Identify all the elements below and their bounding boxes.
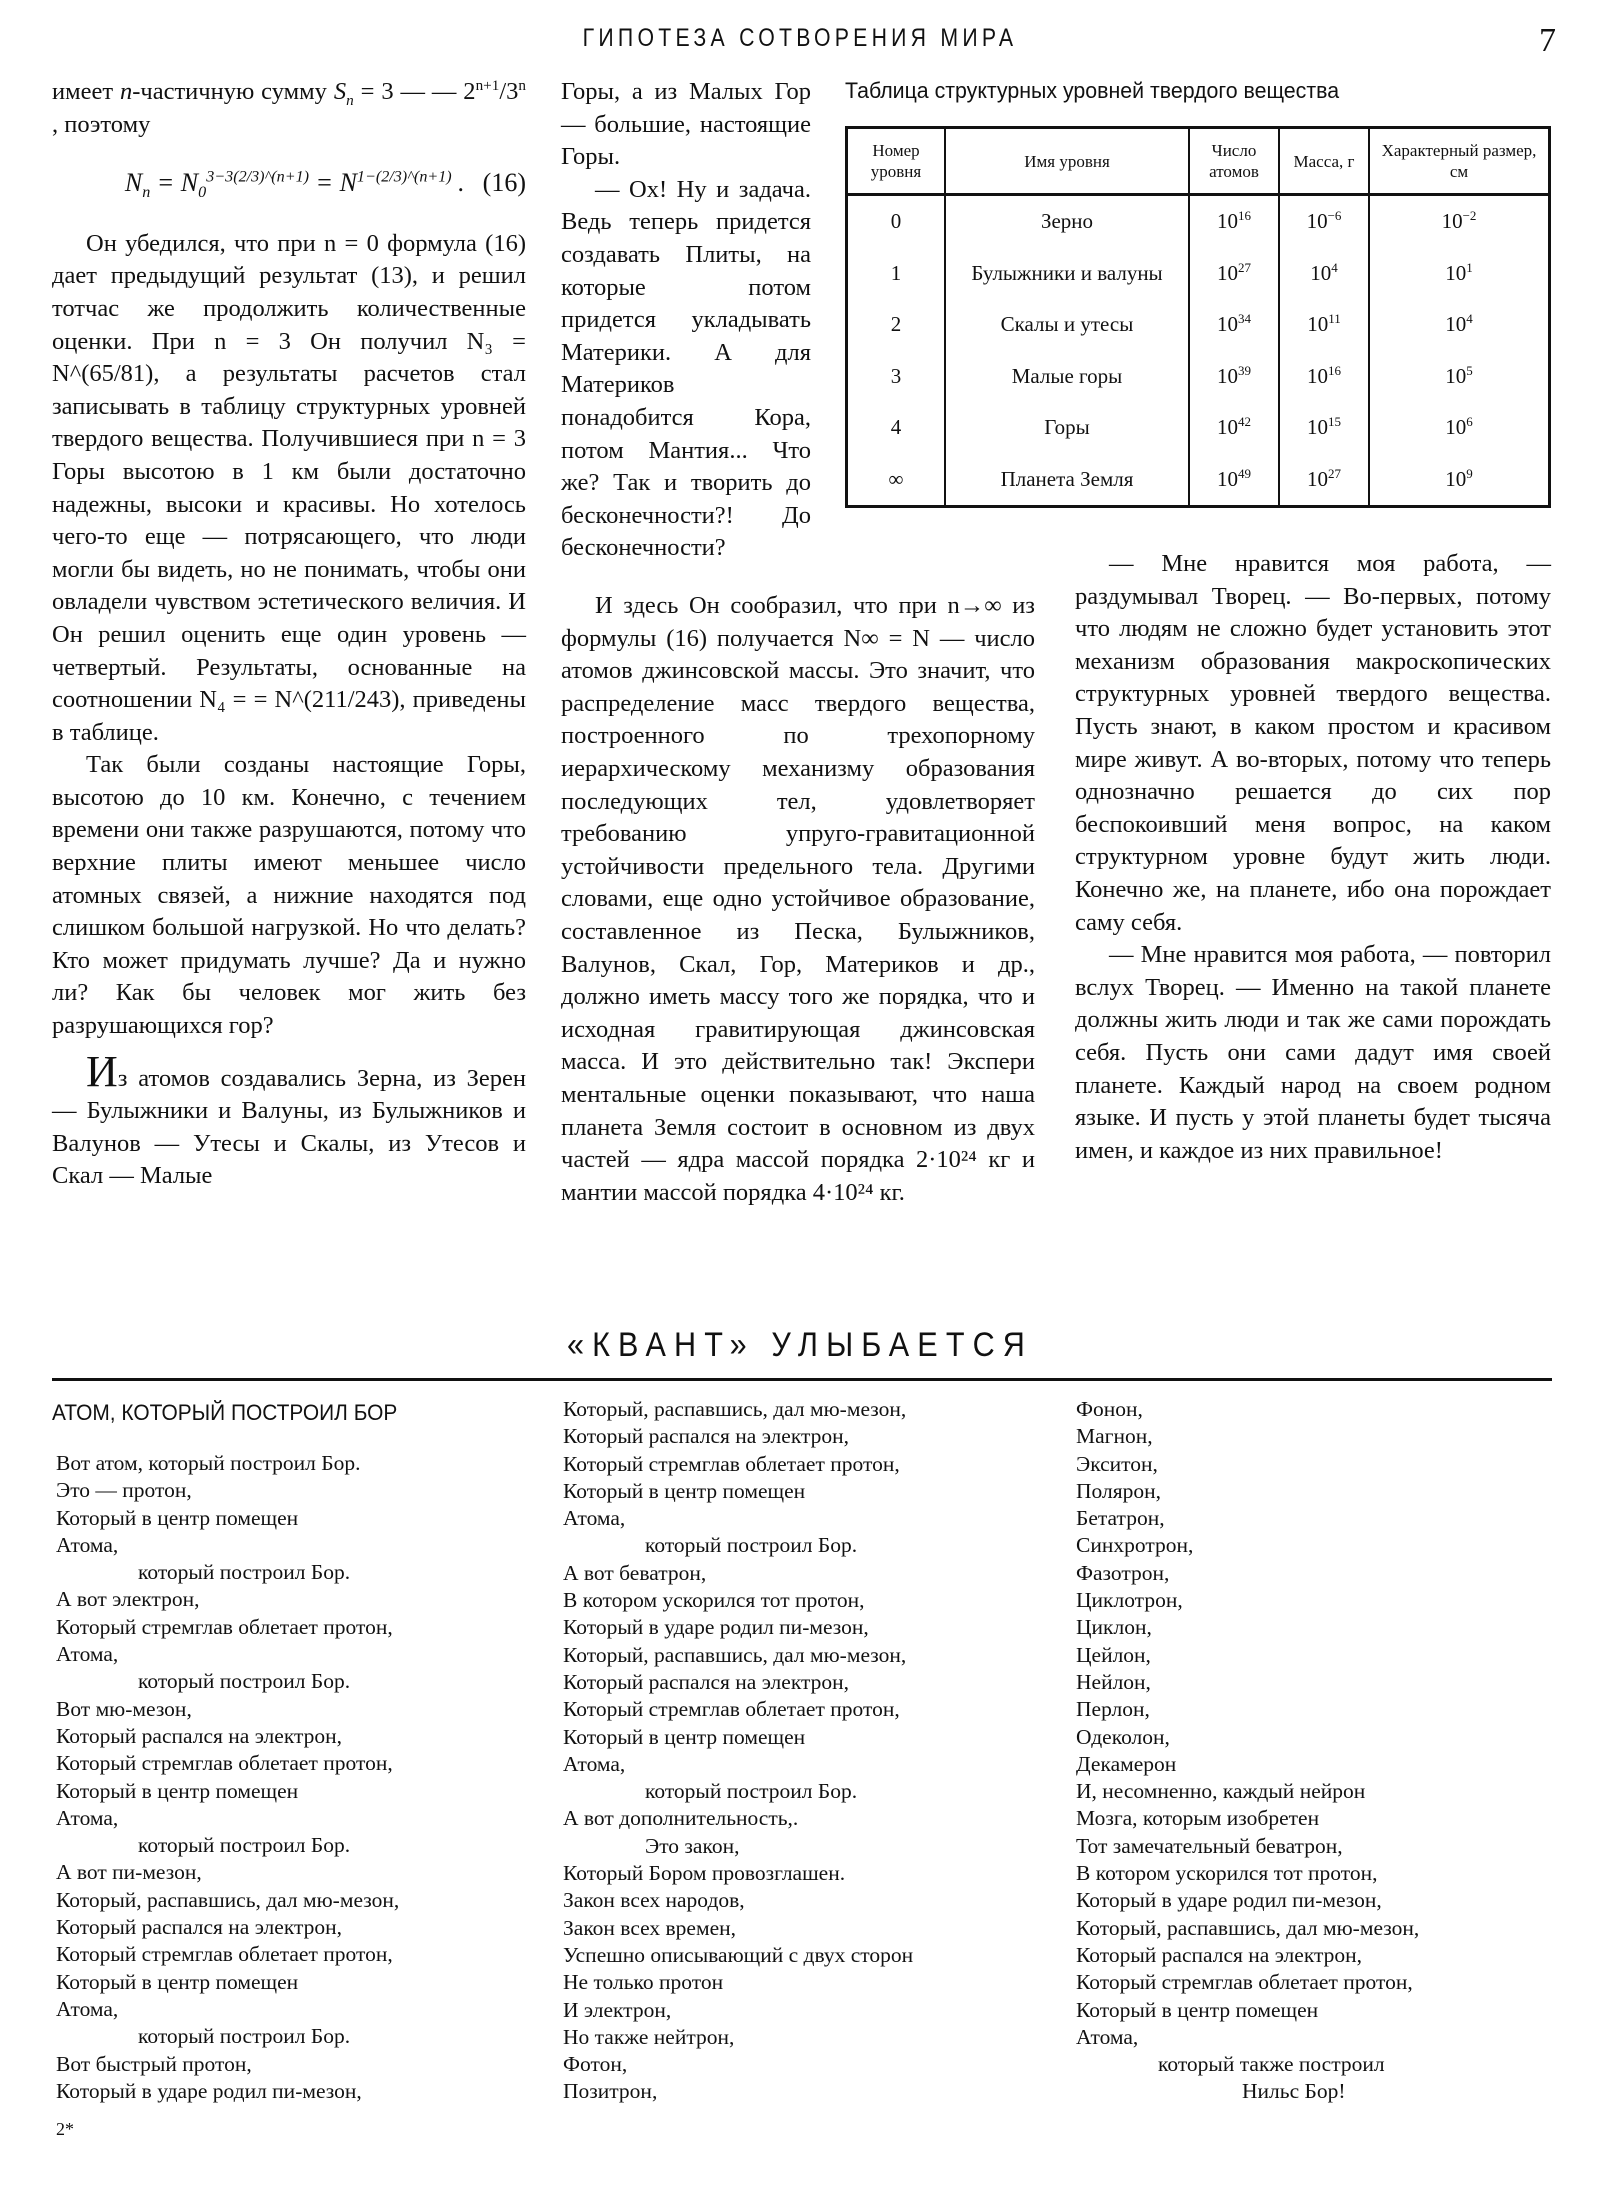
level-number: 1	[891, 261, 902, 285]
poem-line: Вот атом, который построил Бор.	[56, 1450, 399, 1477]
paragraph: — Мне нравится моя работа, — повторил вс…	[1075, 939, 1551, 1167]
level-number: 4	[891, 415, 902, 439]
table-cell: 2	[847, 299, 946, 351]
poem-line: Который распался на электрон,	[563, 1669, 913, 1696]
table-cell: 1015	[1279, 402, 1369, 454]
signature-mark: 2*	[56, 2119, 74, 2140]
table-row: 2Скалы и утесы10341011104	[847, 299, 1550, 351]
poem-line: Который в центр помещен	[563, 1724, 913, 1751]
poem-line: Циклон,	[1076, 1614, 1419, 1641]
paragraph: Горы, а из Малых Гор — большие, настоящи…	[561, 76, 811, 174]
level-number: 3	[891, 364, 902, 388]
level-number: 0	[891, 209, 902, 233]
paragraph: — Мне нравится моя работа, — раздумывал …	[1075, 548, 1551, 939]
poem-line: Который распался на электрон,	[563, 1423, 913, 1450]
poem-line: Одеколон,	[1076, 1724, 1419, 1751]
paragraph: Так были созданы настоящие Горы, высотою…	[52, 749, 526, 1042]
mass-value: 104	[1310, 261, 1338, 285]
poem-line: Который в центр помещен	[1076, 1997, 1419, 2024]
table-row: 4Горы10421015106	[847, 402, 1550, 454]
paragraph: И здесь Он сообразил, что при n→∞ из фор…	[561, 590, 1035, 1209]
size-value: 109	[1445, 467, 1473, 491]
table-cell: 1039	[1189, 351, 1279, 403]
mass-value: 1027	[1307, 467, 1341, 491]
poem-line: Который в ударе родил пи-мезон,	[1076, 1887, 1419, 1914]
poem-column-1: Вот атом, который построил Бор.Это — про…	[56, 1450, 399, 2105]
section-title-kvant-smiles: «КВАНТ» УЛЫБАЕТСЯ	[80, 1326, 1520, 1365]
poem-line: Закон всех времен,	[563, 1915, 913, 1942]
text: з атомов создавались Зерна, из Зерен — Б…	[52, 1065, 526, 1190]
atoms-value: 1039	[1217, 364, 1251, 388]
table-cell: 105	[1369, 351, 1550, 403]
poem-line: Циклотрон,	[1076, 1587, 1419, 1614]
formula-text: = N	[150, 168, 198, 197]
table-cell: ∞	[847, 454, 946, 507]
mass-value: 10−6	[1307, 209, 1342, 233]
poem-line: Вот мю-мезон,	[56, 1696, 399, 1723]
column-header: Масса, г	[1279, 128, 1369, 195]
table-cell: 1027	[1189, 248, 1279, 300]
size-value: 104	[1445, 312, 1473, 336]
paragraph-partial-sum: имеет n-частичную сумму Sn = 3 — — 2n+1/…	[52, 76, 526, 141]
poem-line: Атома,	[56, 1641, 399, 1668]
poem-line: Атома,	[563, 1505, 913, 1532]
article-column-2-bottom: И здесь Он сообразил, что при n→∞ из фор…	[561, 590, 1035, 1209]
poem-line: Это — протон,	[56, 1477, 399, 1504]
column-header: Имя уровня	[945, 128, 1189, 195]
poem-line: А вот беватрон,	[563, 1560, 913, 1587]
table-cell: 1027	[1279, 454, 1369, 507]
table-cell: 1011	[1279, 299, 1369, 351]
formula-16: Nn = N03−3(2/3)^(n+1) = N1−(2/3)^(n+1) .…	[52, 167, 526, 200]
table-cell: 10−2	[1369, 195, 1550, 248]
poem-title: АТОМ, КОТОРЫЙ ПОСТРОИЛ БОР	[52, 1400, 397, 1426]
poem-line: Который распался на электрон,	[56, 1914, 399, 1941]
poem-line: Который в центр помещен	[56, 1505, 399, 1532]
table-row: 1Булыжники и валуны1027104101	[847, 248, 1550, 300]
running-header: ГИПОТЕЗА СОТВОРЕНИЯ МИРА 7	[0, 22, 1600, 62]
table-cell: 0	[847, 195, 946, 248]
poem-line: Который, распавшись, дал мю-мезон,	[563, 1396, 913, 1423]
poem-line: Который распался на электрон,	[1076, 1942, 1419, 1969]
text: имеет	[52, 78, 120, 105]
table-header-row: Номер уровня Имя уровня Число атомов Мас…	[847, 128, 1550, 195]
table-cell: Малые горы	[945, 351, 1189, 403]
poem-line: Который стремглав облетает протон,	[563, 1696, 913, 1723]
poem-line: Это закон,	[563, 1833, 913, 1860]
page-number: 7	[1539, 22, 1556, 60]
poem-line: Который распался на электрон,	[56, 1723, 399, 1750]
text: /3	[499, 78, 518, 105]
mass-value: 1015	[1307, 415, 1341, 439]
poem-line: Который стремглав облетает протон,	[56, 1941, 399, 1968]
column-header: Номер уровня	[847, 128, 946, 195]
poem-line: Мозга, которым изобретен	[1076, 1805, 1419, 1832]
text: = 3 — — 2	[354, 78, 476, 105]
table-cell: 3	[847, 351, 946, 403]
poem-line: Магнон,	[1076, 1423, 1419, 1450]
table-caption: Таблица структурных уровней твердого вещ…	[845, 78, 1532, 104]
poem-line: Который в центр помещен	[56, 1778, 399, 1805]
superscript: 3−3(2/3)^(n+1)	[206, 169, 309, 186]
level-number: 2	[891, 312, 902, 336]
poem-line: Который стремглав облетает протон,	[563, 1451, 913, 1478]
table-cell: 109	[1369, 454, 1550, 507]
article-column-1: имеет n-частичную сумму Sn = 3 — — 2n+1/…	[52, 76, 526, 1193]
text: -частичную сумму	[132, 78, 334, 105]
mass-value: 1011	[1307, 312, 1341, 336]
level-name: Малые горы	[1012, 364, 1123, 388]
poem-line: Нильс Бор!	[1076, 2078, 1419, 2105]
level-name: Скалы и утесы	[1001, 312, 1134, 336]
table-cell: 101	[1369, 248, 1550, 300]
poem-line: Закон всех народов,	[563, 1887, 913, 1914]
table-cell: Булыжники и валуны	[945, 248, 1189, 300]
subscript: n	[346, 92, 354, 109]
atoms-value: 1042	[1217, 415, 1251, 439]
poem-line: И, несомненно, каждый нейрон	[1076, 1778, 1419, 1805]
table-cell: 1016	[1189, 195, 1279, 248]
poem-line: Экситон,	[1076, 1451, 1419, 1478]
poem-line: Фазотрон,	[1076, 1560, 1419, 1587]
poem-line: Декамерон	[1076, 1751, 1419, 1778]
poem-line: Фотон,	[563, 2051, 913, 2078]
table-cell: Планета Земля	[945, 454, 1189, 507]
poem-line: Который, распавшись, дал мю-мезон,	[563, 1642, 913, 1669]
article-column-3: — Мне нравится моя работа, — раздумывал …	[1075, 548, 1551, 1167]
var-n: n	[120, 78, 132, 105]
superscript: n+1	[476, 77, 500, 94]
poem-line: Атома,	[56, 1996, 399, 2023]
poem-line: Атома,	[56, 1532, 399, 1559]
poem-column-2: Который, распавшись, дал мю-мезон,Которы…	[563, 1396, 913, 2106]
formula-text: N	[125, 168, 142, 197]
paragraph: Он убедился, что при n = 0 формула (16) …	[52, 228, 526, 750]
table-cell: 1049	[1189, 454, 1279, 507]
poem-line: Который в ударе родил пи-мезон,	[563, 1614, 913, 1641]
text: , поэтому	[52, 111, 150, 138]
structural-levels-table: Номер уровня Имя уровня Число атомов Мас…	[845, 126, 1551, 508]
poem-line: Но также нейтрон,	[563, 2024, 913, 2051]
size-value: 10−2	[1442, 209, 1477, 233]
table-cell: 1	[847, 248, 946, 300]
poem-line: который построил Бор.	[56, 1668, 399, 1695]
poem-line: Успешно описывающий с двух сторон	[563, 1942, 913, 1969]
poem-line: который также построил	[1076, 2051, 1419, 2078]
poem-line: который построил Бор.	[56, 2023, 399, 2050]
poem-line: Не только протон	[563, 1969, 913, 1996]
atoms-value: 1016	[1217, 209, 1251, 233]
table-cell: 104	[1369, 299, 1550, 351]
poem-line: Тот замечательный беватрон,	[1076, 1833, 1419, 1860]
poem-line: А вот пи-мезон,	[56, 1859, 399, 1886]
poem-line: который построил Бор.	[56, 1832, 399, 1859]
poem-line: Нейлон,	[1076, 1669, 1419, 1696]
poem-line: Полярон,	[1076, 1478, 1419, 1505]
size-value: 105	[1445, 364, 1473, 388]
table-row: ∞Планета Земля10491027109	[847, 454, 1550, 507]
table-cell: 104	[1279, 248, 1369, 300]
poem-line: Который, распавшись, дал мю-мезон,	[56, 1887, 399, 1914]
poem-line: Вот быстрый протон,	[56, 2051, 399, 2078]
equation-number: (16)	[483, 168, 526, 197]
paragraph: — Ох! Ну и задача. Ведь теперь придется …	[561, 174, 811, 565]
poem-line: который построил Бор.	[563, 1532, 913, 1559]
level-name: Горы	[1044, 415, 1089, 439]
poem-line: Который в ударе родил пи-мезон,	[56, 2078, 399, 2105]
superscript: 1−(2/3)^(n+1)	[357, 169, 452, 186]
var-S: S	[334, 78, 346, 105]
poem-line: Который Бором провозглашен.	[563, 1860, 913, 1887]
poem-line: Который в центр помещен	[56, 1969, 399, 1996]
column-header: Число атомов	[1189, 128, 1279, 195]
atoms-value: 1034	[1217, 312, 1251, 336]
level-name: Булыжники и валуны	[971, 261, 1162, 285]
poem-line: который построил Бор.	[563, 1778, 913, 1805]
poem-line: Перлон,	[1076, 1696, 1419, 1723]
level-number: ∞	[889, 467, 904, 491]
poem-line: Который, распавшись, дал мю-мезон,	[1076, 1915, 1419, 1942]
poem-line: который построил Бор.	[56, 1559, 399, 1586]
poem-line: Синхротрон,	[1076, 1532, 1419, 1559]
poem-line: Цейлон,	[1076, 1642, 1419, 1669]
structural-levels-table-block: Таблица структурных уровней твердого вещ…	[845, 78, 1553, 508]
poem-column-3: Фонон,Магнон,Экситон,Полярон,Бетатрон,Си…	[1076, 1396, 1419, 2106]
poem-line: Позитрон,	[563, 2078, 913, 2105]
drop-cap: И	[86, 1047, 118, 1096]
table-cell: 4	[847, 402, 946, 454]
poem-line: Бетатрон,	[1076, 1505, 1419, 1532]
paragraph-dropcap: Из атомов создавались Зерна, из Зерен — …	[52, 1057, 526, 1193]
poem-line: Который стремглав облетает протон,	[56, 1750, 399, 1777]
poem-line: Который стремглав облетает протон,	[56, 1614, 399, 1641]
table-cell: 1034	[1189, 299, 1279, 351]
article-column-2-top: Горы, а из Малых Гор — большие, настоящи…	[561, 76, 811, 565]
formula-text: = N	[309, 168, 357, 197]
column-header: Характерный размер, см	[1369, 128, 1550, 195]
poem-line: Фонон,	[1076, 1396, 1419, 1423]
poem-line: Атома,	[563, 1751, 913, 1778]
table-cell: Горы	[945, 402, 1189, 454]
poem-line: Атома,	[56, 1805, 399, 1832]
formula-text: .	[452, 168, 465, 197]
atoms-value: 1027	[1217, 261, 1251, 285]
size-value: 106	[1445, 415, 1473, 439]
table-cell: 1016	[1279, 351, 1369, 403]
table-row: 3Малые горы10391016105	[847, 351, 1550, 403]
table-row: 0Зерно101610−610−2	[847, 195, 1550, 248]
poem-line: И электрон,	[563, 1997, 913, 2024]
table-cell: 106	[1369, 402, 1550, 454]
atoms-value: 1049	[1217, 467, 1251, 491]
poem-line: А вот электрон,	[56, 1586, 399, 1613]
level-name: Зерно	[1041, 209, 1093, 233]
poem-line: В котором ускорился тот протон,	[1076, 1860, 1419, 1887]
section-divider	[52, 1378, 1552, 1381]
superscript: n	[518, 77, 526, 94]
size-value: 101	[1445, 261, 1473, 285]
poem-line: В котором ускорился тот протон,	[563, 1587, 913, 1614]
table-cell: 10−6	[1279, 195, 1369, 248]
level-name: Планета Земля	[1001, 467, 1134, 491]
subscript: 0	[198, 184, 206, 201]
running-title: ГИПОТЕЗА СОТВОРЕНИЯ МИРА	[120, 24, 1480, 53]
poem-line: Атома,	[1076, 2024, 1419, 2051]
table-cell: Зерно	[945, 195, 1189, 248]
poem-line: А вот дополнительность,.	[563, 1805, 913, 1832]
poem-line: Который стремглав облетает протон,	[1076, 1969, 1419, 1996]
table-cell: Скалы и утесы	[945, 299, 1189, 351]
table-cell: 1042	[1189, 402, 1279, 454]
mass-value: 1016	[1307, 364, 1341, 388]
poem-line: Который в центр помещен	[563, 1478, 913, 1505]
